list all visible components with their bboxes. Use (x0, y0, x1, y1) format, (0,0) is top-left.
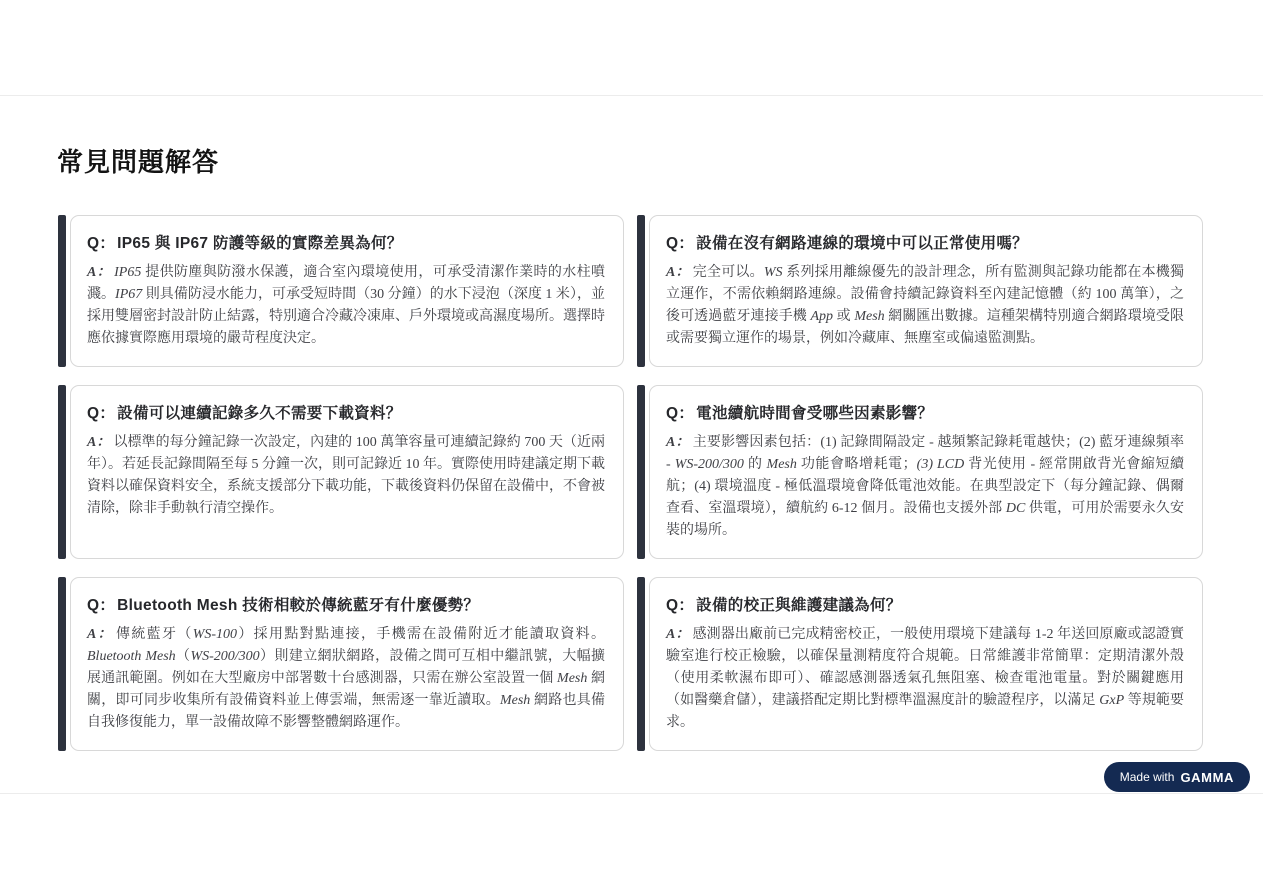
question-heading: Q：設備在沒有網路連線的環境中可以正常使用嗎？ (666, 231, 1184, 253)
card-accent-bar (58, 577, 66, 751)
answer-text: 感測器出廠前已完成精密校正，一般使用環境下建議每 1-2 年送回原廠或認證實驗室… (666, 627, 1184, 730)
card-accent-bar (637, 215, 645, 367)
answer-label: A： (666, 265, 690, 280)
question-heading: Q：電池續航時間會受哪些因素影響？ (666, 401, 1184, 423)
answer-label: A： (87, 627, 113, 642)
question-label: Q： (87, 235, 115, 252)
made-with-gamma-badge[interactable]: Made with GAMMA (1104, 762, 1250, 792)
slide-divider-bottom (0, 793, 1263, 794)
card-body: Q：設備的校正與維護建議為何？ A：感測器出廠前已完成精密校正，一般使用環境下建… (649, 577, 1203, 751)
faq-card-bluetooth-mesh: Q：Bluetooth Mesh 技術相較於傳統藍牙有什麼優勢？ A：傳統藍牙（… (58, 577, 624, 751)
answer-paragraph: A：感測器出廠前已完成精密校正，一般使用環境下建議每 1-2 年送回原廠或認證實… (666, 624, 1184, 734)
faq-grid: Q：IP65 與 IP67 防護等級的實際差異為何？ A：IP65 提供防塵與防… (58, 215, 1203, 751)
answer-paragraph: A：傳統藍牙（WS-100）採用點對點連接，手機需在設備附近才能讀取資料。Blu… (87, 624, 605, 734)
card-body: Q：設備在沒有網路連線的環境中可以正常使用嗎？ A：完全可以。WS 系列採用離線… (649, 215, 1203, 367)
gamma-logo-wordmark: GAMMA (1180, 770, 1234, 785)
answer-text: 主要影響因素包括：(1) 記錄間隔設定 - 越頻繁記錄耗電越快；(2) 藍牙連線… (666, 435, 1184, 538)
question-label: Q： (666, 597, 694, 614)
answer-paragraph: A：IP65 提供防塵與防潑水保護，適合室內環境使用，可承受清潔作業時的水柱噴濺… (87, 262, 605, 350)
question-heading: Q：設備可以連續記錄多久不需要下載資料？ (87, 401, 605, 423)
answer-text: 傳統藍牙（WS-100）採用點對點連接，手機需在設備附近才能讀取資料。Bluet… (87, 627, 605, 730)
slide: 常見問題解答 Q：IP65 與 IP67 防護等級的實際差異為何？ A：IP65… (0, 95, 1263, 751)
card-body: Q：IP65 與 IP67 防護等級的實際差異為何？ A：IP65 提供防塵與防… (70, 215, 624, 367)
card-accent-bar (637, 577, 645, 751)
question-text: 設備可以連續記錄多久不需要下載資料？ (117, 405, 401, 422)
question-text: 電池續航時間會受哪些因素影響？ (696, 405, 933, 422)
card-body: Q：設備可以連續記錄多久不需要下載資料？ A：以標準的每分鐘記錄一次設定，內建的… (70, 385, 624, 559)
answer-paragraph: A：以標準的每分鐘記錄一次設定，內建的 100 萬筆容量可連續記錄約 700 天… (87, 432, 605, 520)
question-label: Q： (666, 235, 694, 252)
faq-card-ip-rating: Q：IP65 與 IP67 防護等級的實際差異為何？ A：IP65 提供防塵與防… (58, 215, 624, 367)
page-title: 常見問題解答 (57, 142, 1263, 179)
question-label: Q： (666, 405, 694, 422)
answer-paragraph: A：主要影響因素包括：(1) 記錄間隔設定 - 越頻繁記錄耗電越快；(2) 藍牙… (666, 432, 1184, 542)
question-heading: Q：Bluetooth Mesh 技術相較於傳統藍牙有什麼優勢？ (87, 593, 605, 615)
badge-prefix-text: Made with (1120, 770, 1175, 784)
faq-card-calibration-maintenance: Q：設備的校正與維護建議為何？ A：感測器出廠前已完成精密校正，一般使用環境下建… (637, 577, 1203, 751)
question-text: Bluetooth Mesh 技術相較於傳統藍牙有什麼優勢？ (117, 597, 479, 614)
answer-label: A： (666, 435, 690, 450)
question-text: 設備的校正與維護建議為何？ (696, 597, 901, 614)
faq-card-battery-life: Q：電池續航時間會受哪些因素影響？ A：主要影響因素包括：(1) 記錄間隔設定 … (637, 385, 1203, 559)
answer-label: A： (87, 435, 110, 450)
question-heading: Q：設備的校正與維護建議為何？ (666, 593, 1184, 615)
card-accent-bar (637, 385, 645, 559)
answer-label: A： (666, 627, 690, 642)
question-text: IP65 與 IP67 防護等級的實際差異為何？ (117, 235, 402, 252)
question-label: Q： (87, 597, 115, 614)
answer-label: A： (87, 265, 111, 280)
card-accent-bar (58, 385, 66, 559)
answer-text: 完全可以。WS 系列採用離線優先的設計理念，所有監測與記錄功能都在本機獨立運作，… (666, 265, 1184, 346)
question-text: 設備在沒有網路連線的環境中可以正常使用嗎？ (696, 235, 1028, 252)
card-accent-bar (58, 215, 66, 367)
card-body: Q：電池續航時間會受哪些因素影響？ A：主要影響因素包括：(1) 記錄間隔設定 … (649, 385, 1203, 559)
question-heading: Q：IP65 與 IP67 防護等級的實際差異為何？ (87, 231, 605, 253)
answer-text: IP65 提供防塵與防潑水保護，適合室內環境使用，可承受清潔作業時的水柱噴濺。I… (87, 265, 605, 346)
answer-paragraph: A：完全可以。WS 系列採用離線優先的設計理念，所有監測與記錄功能都在本機獨立運… (666, 262, 1184, 350)
faq-card-offline-use: Q：設備在沒有網路連線的環境中可以正常使用嗎？ A：完全可以。WS 系列採用離線… (637, 215, 1203, 367)
card-body: Q：Bluetooth Mesh 技術相較於傳統藍牙有什麼優勢？ A：傳統藍牙（… (70, 577, 624, 751)
answer-text: 以標準的每分鐘記錄一次設定，內建的 100 萬筆容量可連續記錄約 700 天（近… (87, 435, 605, 516)
question-label: Q： (87, 405, 115, 422)
faq-card-recording-duration: Q：設備可以連續記錄多久不需要下載資料？ A：以標準的每分鐘記錄一次設定，內建的… (58, 385, 624, 559)
